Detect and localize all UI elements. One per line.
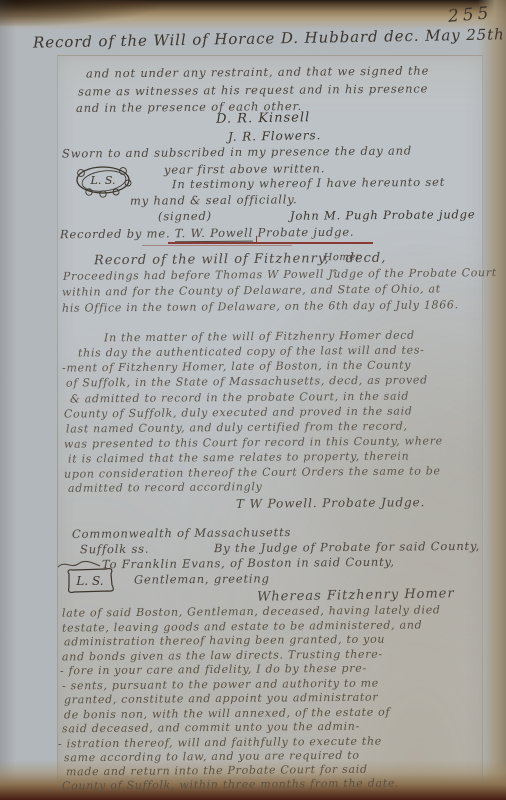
county-venue: Suffolk ss.: [80, 542, 149, 557]
seal-text: L. S.: [75, 574, 103, 588]
recorder-name: T. W. Powell: [175, 226, 253, 243]
witness-signature: D. R. Kinsell: [216, 110, 310, 127]
commission-line: made and return into the Probate Court f…: [66, 763, 368, 779]
commission-line: administration thereof having been grant…: [64, 633, 385, 649]
order-line: admitted to record accordingly: [68, 480, 263, 495]
commission-line: - fore in your care and fidelity, I do b…: [60, 662, 367, 678]
commonwealth-line: Commonwealth of Massachusetts: [72, 525, 291, 541]
judge-signature: John M. Pugh Probate judge: [290, 207, 476, 223]
recorded-prefix: Recorded by me.: [60, 226, 175, 241]
ledger-photo: 255 Record of the Will of Horace D. Hubb…: [0, 0, 506, 800]
page-number: 255: [447, 3, 493, 27]
inserted-word: Homer: [324, 252, 362, 263]
jurat-line: year first above written.: [164, 161, 325, 176]
order-line: In the matter of the will of Fitzhenry H…: [104, 329, 415, 345]
recorded-suffix: Probate judge.: [253, 225, 354, 240]
red-rule-tick: [256, 236, 257, 243]
judge-signature: T W Powell. Probate Judge.: [236, 495, 425, 511]
seal-box-icon: L. S.: [64, 567, 118, 595]
witness-clause-line: and not under any restraint, and that we…: [86, 64, 429, 81]
testimony-line: my hand & seal officially.: [130, 192, 298, 207]
record-title: Record of the will of Fitzhenry,Homer^de…: [94, 251, 386, 269]
by-judge-line: By the Judge of Probate for said County,: [214, 539, 480, 555]
witness-signature: J. R. Flowers.: [228, 128, 321, 144]
commission-line: said deceased, and commit unto you the a…: [62, 720, 360, 736]
addressee-line: To Franklin Evans, of Boston in said Cou…: [102, 555, 395, 572]
commission-line: - sents, pursuant to the power and autho…: [62, 677, 379, 693]
recorded-by-line: Recorded by me. T. W. Powell Probate jud…: [60, 225, 354, 242]
book-corner-shadow: [0, 0, 160, 26]
commission-line: granted, constitute and appoint you admi…: [64, 691, 378, 707]
testimony-line: In testimony whereof I have hereunto set: [172, 175, 445, 191]
seal-doodle-icon: L. S.: [73, 163, 135, 201]
signed-label: (signed): [158, 209, 212, 223]
book-left-shadow: [0, 0, 16, 800]
notary-seal: L. S.: [73, 163, 135, 201]
letter-seal: L. S.: [64, 567, 118, 595]
seal-text: L. S.: [90, 174, 116, 187]
red-ink-rule: [168, 242, 373, 244]
record-title-before: Record of the will of Fitzhenry,: [94, 251, 330, 268]
red-rule-echo: [142, 245, 292, 246]
salutation-line: Gentleman, greeting: [134, 571, 270, 586]
commission-line: same according to law, and you are requi…: [64, 749, 360, 765]
